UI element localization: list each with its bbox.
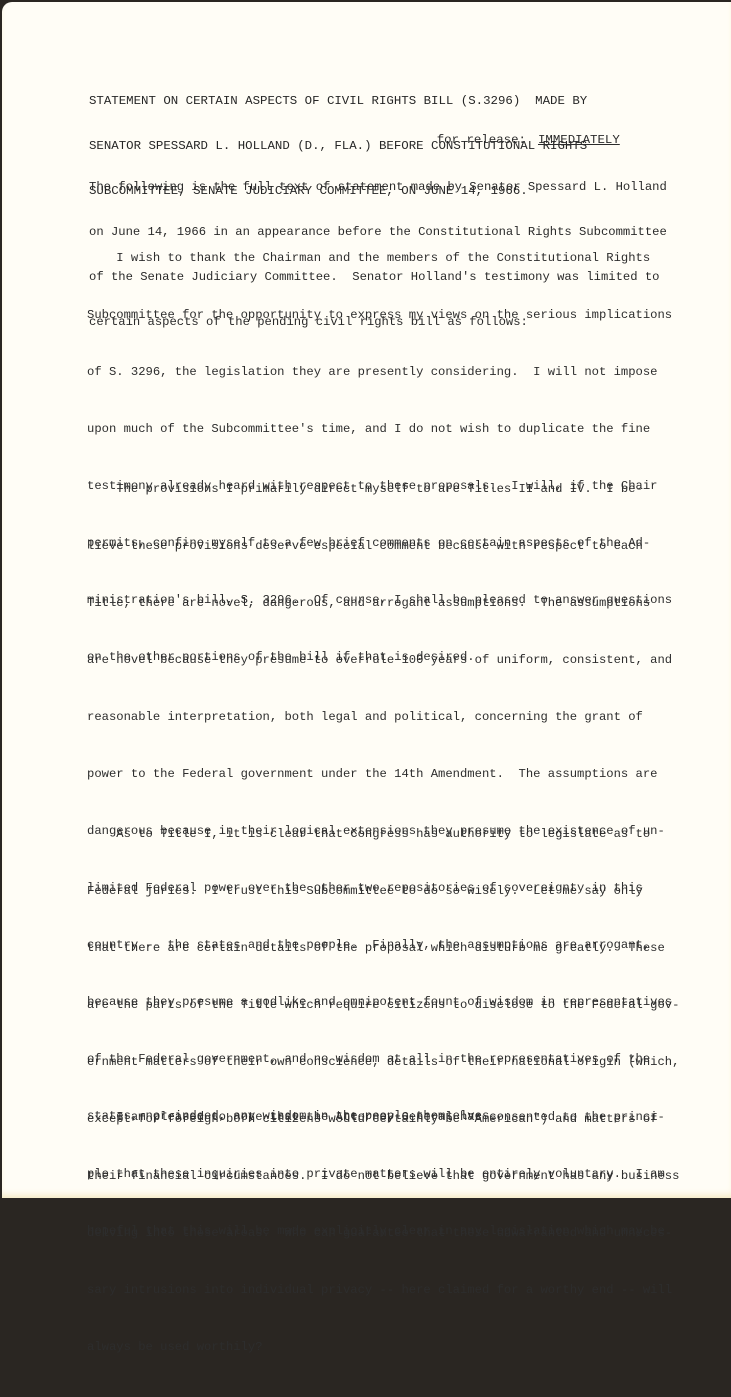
text-line: The following is the full text of statem… — [89, 180, 689, 195]
text-line: are the parts of the Title which require… — [87, 998, 707, 1027]
text-line: of S. 3296, the legislation they are pre… — [87, 365, 707, 394]
release-value: IMMEDIATELY — [538, 133, 620, 147]
release-label: for release: — [437, 133, 526, 147]
text-line: As to Title I, it is clear that Congress… — [87, 827, 707, 856]
document-page: STATEMENT ON CERTAIN ASPECTS OF CIVIL RI… — [2, 2, 731, 1198]
title-line: STATEMENT ON CERTAIN ASPECTS OF CIVIL RI… — [89, 94, 689, 109]
text-line: The provisions I primarily direct myself… — [87, 482, 707, 511]
text-line: that there are certain details of the pr… — [87, 941, 707, 970]
text-line: Subcommittee for the opportunity to expr… — [87, 308, 707, 337]
text-line: are novel because they presume to overru… — [87, 653, 707, 682]
text-line: ernment matters of their own conscience,… — [87, 1055, 707, 1084]
text-line: power to the Federal government under th… — [87, 767, 707, 796]
text-line: I am pleased to note that the Attorney G… — [87, 1110, 707, 1139]
text-line: upon much of the Subcommittee's time, an… — [87, 422, 707, 451]
text-line: reasonable interpretation, both legal an… — [87, 710, 707, 739]
text-line: Title, there are novel, dangerous, and a… — [87, 596, 707, 625]
text-line: lieve these provisions deserve especial … — [87, 539, 707, 568]
text-line: ple that these inquiries into private ma… — [87, 1167, 707, 1196]
text-line: I wish to thank the Chairman and the mem… — [87, 251, 707, 280]
paragraph-4: I am pleased to note that the Attorney G… — [87, 1082, 707, 1200]
text-line: Federal juries. I trust this Subcommitte… — [87, 884, 707, 913]
